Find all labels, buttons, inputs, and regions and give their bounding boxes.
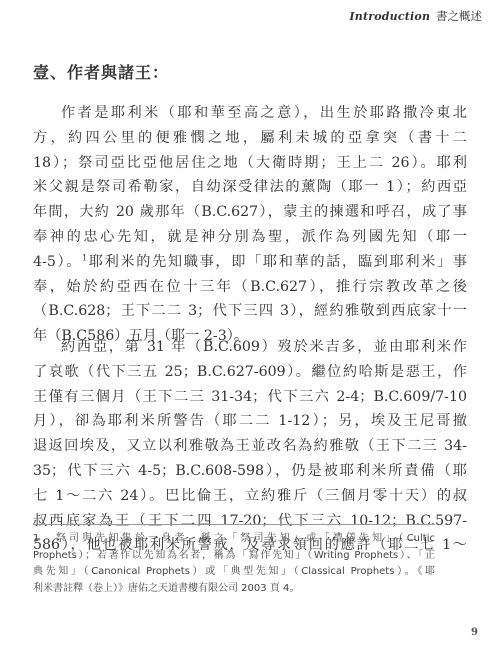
footnote-1: 1 祭司與先知集於一身者，稱之「祭司先知」或「禮儀先知」（Cultic Prop… (33, 531, 435, 597)
text-line: 奉神的忠心先知，就是神分別為聖，派作為列國先知（耶一 (33, 225, 467, 250)
text-fragment: 4-5）。 (33, 254, 82, 270)
page-number: 9 (471, 627, 478, 638)
text-line: 方，約四公里的便雅憫之地，屬利未城的亞拿突（書十二 (33, 126, 467, 151)
text-fragment: 耶利米的先知職事，即「耶和華的話，臨到耶利米」事 (87, 254, 467, 270)
footnote-line: 利米書註釋（卷上）》唐佑之天道書樓有限公司 2003 頁 4。 (33, 581, 435, 598)
text-line: 叔西底家為王（王下二四 17-20；代下三六 10-12；B.C.597- (33, 509, 467, 534)
footnote-line: 典先知」（Canonical Prophets）或「典型先知」（Classica… (33, 564, 435, 581)
footnote-divider (33, 524, 435, 525)
text-line: 作者是耶利米（耶和華至高之意），出生於耶路撒冷東北 (33, 101, 467, 126)
running-header-english: Introduction (349, 10, 430, 23)
text-line: 4-5）。1耶利米的先知職事，即「耶和華的話，臨到耶利米」事 (33, 250, 467, 275)
section-title: 壹、作者與諸王： (33, 60, 169, 83)
text-line: 退返回埃及，又立以利雅敬為王並改名為約雅敬（王下二三 34- (33, 434, 467, 459)
text-line: 年間，大約 20 歲那年（B.C.627），蒙主的揀選和呼召，成了事 (33, 200, 467, 225)
text-line: 奉，始於約亞西在位十三年（B.C.627），推行宗教改革之後 (33, 275, 467, 300)
running-header: Introduction 書之概述 (349, 8, 482, 24)
running-header-chinese: 書之概述 (436, 9, 482, 23)
text-line: （B.C.628；王下二二 3；代下三四 3），經約雅敬到西底家十一 (33, 299, 467, 324)
footnote-line: Prophets）；若著作以先知為名者，稱為「寫作先知」（Writing Pro… (33, 548, 435, 565)
document-page: Introduction 書之概述 壹、作者與諸王： 作者是耶利米（耶和華至高之… (0, 0, 500, 650)
text-line: 35；代下三六 4-5；B.C.608-598），仍是被耶利米所責備（耶 (33, 459, 467, 484)
text-line: 米父親是祭司希勒家，自幼深受律法的薰陶（耶一 1）；約西亞 (33, 175, 467, 200)
text-line: 了哀歌（代下三五 25；B.C.627-609）。繼位約哈斯是惡王，作 (33, 360, 467, 385)
text-line: 18）；祭司亞比亞他居住之地（大衛時期；王上二 26）。耶利 (33, 151, 467, 176)
paragraph-1: 作者是耶利米（耶和華至高之意），出生於耶路撒冷東北 方，約四公里的便雅憫之地，屬… (33, 101, 467, 349)
text-line: 約西亞，第 31 年（B.C.609）歿於米吉多，並由耶利米作 (33, 335, 467, 360)
text-line: 月），卻為耶利米所警告（耶二二 1-12）；另，埃及王尼哥撤 (33, 409, 467, 434)
text-line: 七 1～二六 24）。巴比倫王，立約雅斤（三個月零十天）的叔 (33, 484, 467, 509)
footnote-line: 1 祭司與先知集於一身者，稱之「祭司先知」或「禮儀先知」（Cultic (33, 531, 435, 548)
text-line: 王僅有三個月（王下二三 31-34；代下三六 2-4；B.C.609/7-10 (33, 385, 467, 410)
